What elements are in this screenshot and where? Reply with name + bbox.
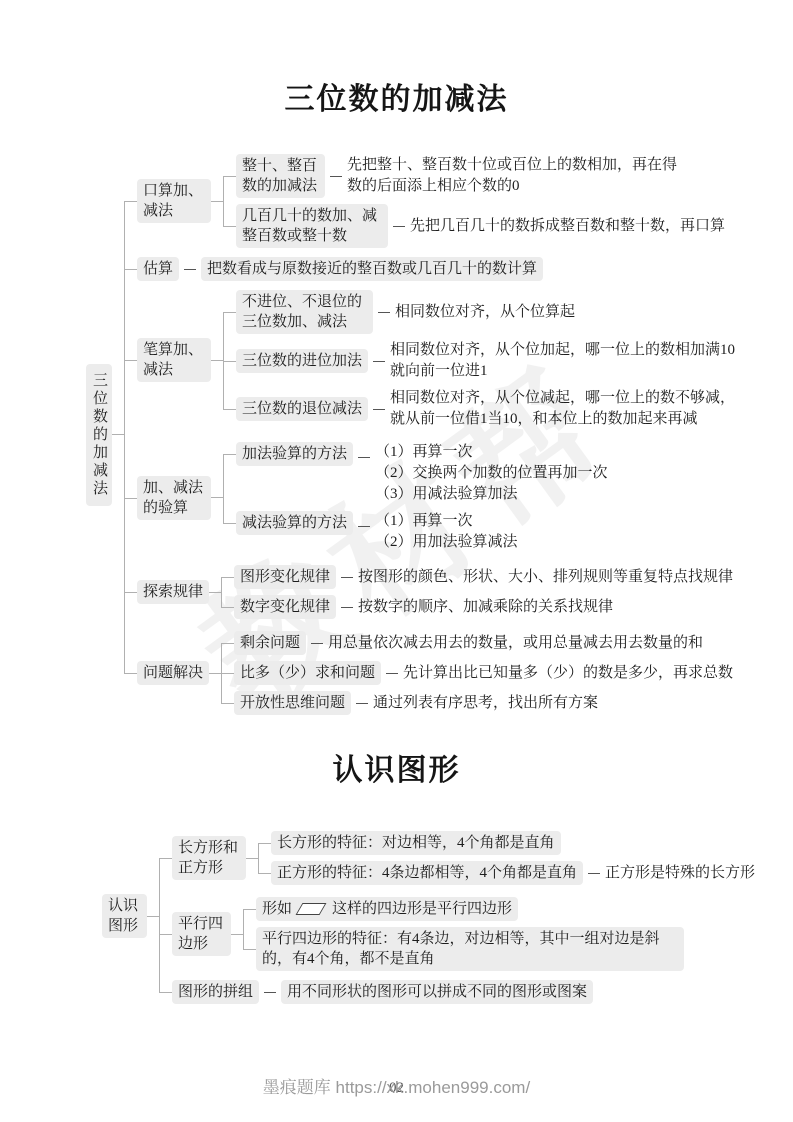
branch-estimation: 估算 把数看成与原数接近的整百数或几百几十的数计算 xyxy=(124,254,740,284)
leaf-parallelogram-features: 平行四边形的特征：有4条边，对边相等，其中一组对边是斜的，有4个角，都不是直角 xyxy=(243,924,684,974)
desc-line: （2）交换两个加数的位置再加一次 xyxy=(375,463,608,484)
leaf-desc-list: （1）再算一次 （2）交换两个加数的位置再加一次 （3）用减法验算加法 xyxy=(375,442,608,505)
leaf-label: 长方形的特征：对边相等，4个角都是直角 xyxy=(271,831,561,855)
dash-connector xyxy=(356,703,368,704)
connector-stub xyxy=(112,434,124,435)
branch-problem-solving: 问题解决 剩余问题 用总量依次减去用去的数量，或用总量减去用去数量的和 比多（少… xyxy=(124,625,740,721)
branch-parallelogram: 平行四边形 形如 这样的四边形是平行四边形 平行四边形的特征：有4条边，对边相等… xyxy=(159,891,755,977)
parallelogram-icon xyxy=(296,903,327,915)
leaf-no-carry-no-borrow: 不进位、不退位的三位数加、减法 相同数位对齐，从个位算起 xyxy=(223,287,740,337)
mindmap2-branches: 长方形和正方形 长方形的特征：对边相等，4个角都是直角 正方形的特征：4条边都相… xyxy=(159,825,755,1007)
desc-line: （3）用减法验算加法 xyxy=(375,484,608,505)
leaf-label: 正方形的特征：4条边都相等，4个角都是直角 xyxy=(271,861,583,885)
branch-label: 笔算加、减法 xyxy=(137,338,211,382)
dash-connector xyxy=(378,312,390,313)
branch-label: 平行四边形 xyxy=(172,912,231,956)
leaf-label: 剩余问题 xyxy=(234,631,306,655)
dash-connector xyxy=(311,643,323,644)
branch-explore-patterns: 探索规律 图形变化规律 按图形的颜色、形状、大小、排列规则等重复特点找规律 数字… xyxy=(124,559,740,625)
leaf-desc: 用总量依次减去用去的数量，或用总量减去用去数量的和 xyxy=(328,633,703,654)
branch-rectangle-square: 长方形和正方形 长方形的特征：对边相等，4个角都是直角 正方形的特征：4条边都相… xyxy=(159,825,755,891)
connector-stub xyxy=(211,497,223,498)
leaf-carry-addition: 三位数的进位加法 相同数位对齐，从个位加起，哪一位上的数相加满10就向前一位进1 xyxy=(223,337,740,385)
leaf-more-less-sum-problem: 比多（少）求和问题 先计算出比已知量多（少）的数是多少，再求总数 xyxy=(221,658,733,688)
leaf-label: 形如 这样的四边形是平行四边形 xyxy=(256,897,518,921)
mindmap-three-digit-add-subtract: 三位数的加减法 口算加、减法 整十、整百数的加减法 先把整十、整百数十位或百位上… xyxy=(86,148,793,721)
connector-stub xyxy=(211,360,223,361)
leaf-desc: 先把几百几十的数拆成整百数和整十数，再口算 xyxy=(410,216,725,237)
leaf-open-thinking-problem: 开放性思维问题 通过列表有序思考，找出所有方案 xyxy=(221,688,733,718)
branch-desc-boxed: 用不同形状的图形可以拼成不同的图形或图案 xyxy=(281,980,593,1004)
leaf-remainder-problem: 剩余问题 用总量依次减去用去的数量，或用总量减去用去数量的和 xyxy=(221,628,733,658)
branch-oral-calculation: 口算加、减法 整十、整百数的加减法 先把整十、整百数十位或百位上的数相加，再在得… xyxy=(124,148,740,254)
dash-connector xyxy=(393,226,405,227)
leaf-desc: 先把整十、整百数十位或百位上的数相加，再在得数的后面添上相应个数的0 xyxy=(347,155,685,197)
branch-label: 图形的拼组 xyxy=(172,980,259,1004)
leaf-borrow-subtraction: 三位数的退位减法 相同数位对齐，从个位减起，哪一位上的数不够减，就从前一位借1当… xyxy=(223,385,740,433)
branch-label: 加、减法的验算 xyxy=(137,476,211,520)
leaf-desc: 先计算出比已知量多（少）的数是多少，再求总数 xyxy=(403,663,733,684)
branch-written-calculation: 笔算加、减法 不进位、不退位的三位数加、减法 相同数位对齐，从个位算起 三位数的… xyxy=(124,284,740,436)
leaf-label: 几百几十的数加、减整百数或整十数 xyxy=(236,204,388,248)
dash-connector xyxy=(386,673,398,674)
dash-connector xyxy=(341,577,353,578)
connector-stub xyxy=(209,592,221,593)
desc-line: （1）再算一次 xyxy=(375,511,518,532)
dash-connector xyxy=(264,992,276,993)
leaf-label: 加法验算的方法 xyxy=(236,442,353,466)
page-footer: 02 墨痕题库 https://xk.mohen999.com/ xyxy=(0,1073,793,1098)
mindmap-recognizing-shapes: 认识图形 长方形和正方形 长方形的特征：对边相等，4个角都是直角 正方形的特征：… xyxy=(102,825,793,1007)
leaf-label: 三位数的进位加法 xyxy=(236,349,368,373)
leaf-subtraction-check: 减法验算的方法 （1）再算一次 （2）用加法验算减法 xyxy=(223,508,608,556)
mindmap1-branches: 口算加、减法 整十、整百数的加减法 先把整十、整百数十位或百位上的数相加，再在得… xyxy=(124,148,740,721)
branch-verification: 加、减法的验算 加法验算的方法 （1）再算一次 （2）交换两个加数的位置再加一次… xyxy=(124,436,740,559)
leaf-label: 数字变化规律 xyxy=(234,595,336,619)
dash-connector xyxy=(358,526,370,527)
leaf-desc: 按数字的顺序、加减乘除的关系找规律 xyxy=(358,597,613,618)
leaf-desc: 相同数位对齐，从个位算起 xyxy=(395,302,575,323)
leaf-square-features: 正方形的特征：4条边都相等，4个角都是直角 正方形是特殊的长方形 xyxy=(258,858,755,888)
leaf-desc: 相同数位对齐，从个位加起，哪一位上的数相加满10就向前一位进1 xyxy=(390,340,740,382)
leaf-desc: 通过列表有序思考，找出所有方案 xyxy=(373,693,598,714)
leaf-shape-pattern: 图形变化规律 按图形的颜色、形状、大小、排列规则等重复特点找规律 xyxy=(221,562,733,592)
connector-stub xyxy=(246,858,258,859)
connector-stub xyxy=(231,934,243,935)
mindmap1-root-node: 三位数的加减法 xyxy=(86,364,112,506)
leaf-label: 整十、整百数的加减法 xyxy=(236,154,325,198)
leaf-label: 开放性思维问题 xyxy=(234,691,351,715)
dash-connector xyxy=(341,607,353,608)
branch-label: 探索规律 xyxy=(137,580,209,604)
leaf-label: 三位数的退位减法 xyxy=(236,397,368,421)
branch-label: 估算 xyxy=(137,257,179,281)
leaf-label: 不进位、不退位的三位数加、减法 xyxy=(236,290,373,334)
branch-label: 长方形和正方形 xyxy=(172,836,246,880)
leaf-label: 减法验算的方法 xyxy=(236,511,353,535)
leaf-label: 图形变化规律 xyxy=(234,565,336,589)
branch-label: 问题解决 xyxy=(137,661,209,685)
connector-stub xyxy=(147,916,159,917)
branch-shape-composition: 图形的拼组 用不同形状的图形可以拼成不同的图形或图案 xyxy=(159,977,755,1007)
footer-site-url: 墨痕题库 https://xk.mohen999.com/ xyxy=(263,1078,530,1097)
leaf-parallelogram-definition: 形如 这样的四边形是平行四边形 xyxy=(243,894,684,924)
connector-stub xyxy=(209,673,221,674)
dash-connector xyxy=(184,269,196,270)
leaf-addition-check: 加法验算的方法 （1）再算一次 （2）交换两个加数的位置再加一次 （3）用减法验… xyxy=(223,439,608,508)
leaf-number-pattern: 数字变化规律 按数字的顺序、加减乘除的关系找规律 xyxy=(221,592,733,622)
leaf-desc: 相同数位对齐，从个位减起，哪一位上的数不够减，就从前一位借1当10，和本位上的数… xyxy=(390,388,740,430)
leaf-label: 平行四边形的特征：有4条边，对边相等，其中一组对边是斜的，有4个角，都不是直角 xyxy=(256,927,684,971)
leaf-hundreds-tens-add-subtract: 几百几十的数加、减整百数或整十数 先把几百几十的数拆成整百数和整十数，再口算 xyxy=(223,201,725,251)
dash-connector xyxy=(330,176,342,177)
dash-connector xyxy=(373,409,385,410)
branch-desc-boxed: 把数看成与原数接近的整百数或几百几十的数计算 xyxy=(201,257,543,281)
dash-connector xyxy=(588,873,600,874)
desc-line: （1）再算一次 xyxy=(375,442,608,463)
dash-connector xyxy=(373,361,385,362)
mindmap2-root-node: 认识图形 xyxy=(102,894,147,938)
page-title-recognizing-shapes: 认识图形 xyxy=(0,745,793,789)
leaf-rectangle-features: 长方形的特征：对边相等，4个角都是直角 xyxy=(258,828,755,858)
dash-connector xyxy=(358,457,370,458)
leaf-tens-hundreds: 整十、整百数的加减法 先把整十、整百数十位或百位上的数相加，再在得数的后面添上相… xyxy=(223,151,725,201)
leaf-desc: 正方形是特殊的长方形 xyxy=(605,863,755,884)
leaf-desc-list: （1）再算一次 （2）用加法验算减法 xyxy=(375,511,518,553)
leaf-label: 比多（少）求和问题 xyxy=(234,661,381,685)
page-title-addition-subtraction: 三位数的加减法 xyxy=(0,0,793,118)
desc-line: （2）用加法验算减法 xyxy=(375,532,518,553)
leaf-desc: 按图形的颜色、形状、大小、排列规则等重复特点找规律 xyxy=(358,567,733,588)
label-suffix: 这样的四边形是平行四边形 xyxy=(332,899,512,919)
connector-stub xyxy=(211,201,223,202)
branch-label: 口算加、减法 xyxy=(137,179,211,223)
label-prefix: 形如 xyxy=(262,899,292,919)
